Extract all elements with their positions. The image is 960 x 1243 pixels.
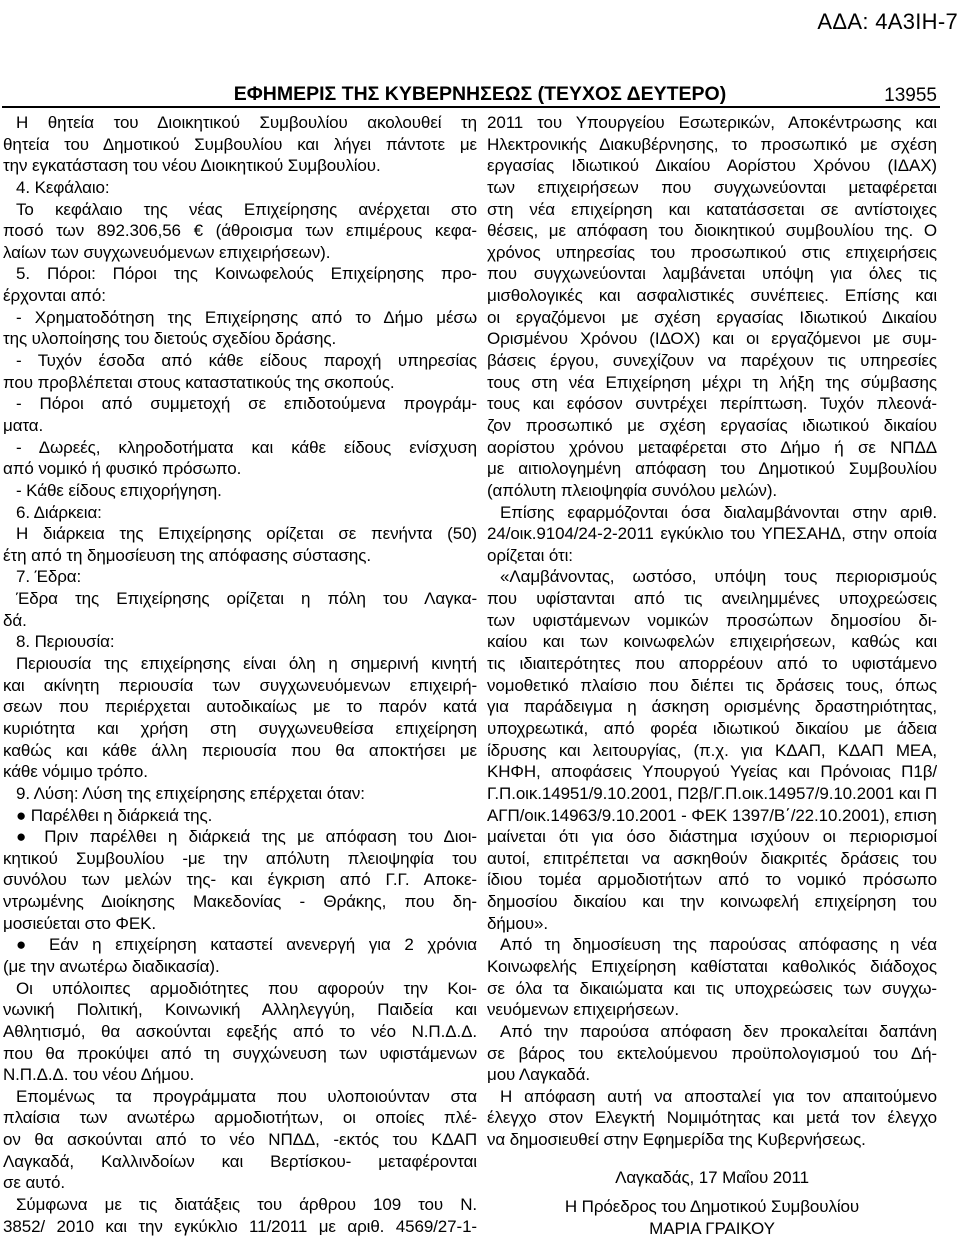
- paragraph: «Λαμβάνοντας, ωστόσο, υπόψη τους περιορι…: [487, 566, 937, 934]
- text-line: τις ιδιαιτερότητες που απορρέουν από το …: [487, 653, 937, 675]
- paragraph: Από την παρούσα απόφαση δεν προκαλείται …: [487, 1021, 937, 1086]
- paragraph: Επομένως τα προγράμματα που υλοποιούνταν…: [3, 1086, 477, 1194]
- text-line: που συγχωνεύονται λαμβάνεται υπόψη για ό…: [487, 263, 937, 285]
- paragraph: ● Παρέλθει η διάρκειά της.: [3, 805, 477, 827]
- text-line: Το κεφάλαιο της νέας Επιχείρησης ανέρχετ…: [3, 199, 477, 221]
- paragraph: Το κεφάλαιο της νέας Επιχείρησης ανέρχετ…: [3, 199, 477, 264]
- paragraph: Οι υπόλοιπες αρμοδιότητες που αφορούν τη…: [3, 978, 477, 1086]
- header-rule-divider: [2, 106, 940, 108]
- text-line: μοσιεύεται στο ΦΕΚ.: [3, 913, 477, 935]
- text-line: των επιχειρήσεων που συγχωνεύονται μεταφ…: [487, 177, 937, 199]
- text-line: ματα.: [3, 415, 477, 437]
- text-line: σε όλα τα δικαιώματα και τις υποχρεώσεις…: [487, 978, 937, 1000]
- text-line: δά.: [3, 610, 477, 632]
- text-line: Κοινωφελής Επιχείρηση καθίσταται καθολικ…: [487, 956, 937, 978]
- text-line: - Χρηματοδότηση της Επιχείρησης από το Δ…: [3, 307, 477, 329]
- text-line: ίδιου τομέα αρμοδιοτήτων από το νομικό π…: [487, 869, 937, 891]
- paragraph: - Τυχόν έσοδα από κάθε είδους παροχή υπη…: [3, 350, 477, 393]
- text-line: που υφίστανται από τις ανειλημμένες υποχ…: [487, 588, 937, 610]
- text-line: (απόλυτη πλειοψηφία συνόλου μελών).: [487, 480, 937, 502]
- text-line: αορίστου χρόνου μεταφέρεται στο Δήμο ή σ…: [487, 437, 937, 459]
- text-line: μαίνεται ότι για όσο διάστημα ισχύουν οι…: [487, 826, 937, 848]
- text-line: και ακίνητη περιουσία των συγχωνευόμενων…: [3, 675, 477, 697]
- right-column: 2011 του Υπουργείου Εσωτερικών, Αποκέντρ…: [487, 112, 937, 1240]
- text-line: με αιτιολογημένη απόφαση του Δημοτικού Σ…: [487, 458, 937, 480]
- paragraph: 2011 του Υπουργείου Εσωτερικών, Αποκέντρ…: [487, 112, 937, 502]
- left-column: Η θητεία του Διοικητικού Συμβουλίου ακολ…: [3, 112, 477, 1237]
- text-line: χρόνος υπηρεσίας του προσωπικού στις επι…: [487, 242, 937, 264]
- text-line: συνόλου των μελών της- και έγκριση από Γ…: [3, 869, 477, 891]
- text-line: - Πόροι από συμμετοχή σε επιδοτούμενα πρ…: [3, 393, 477, 415]
- ada-number: ΑΔΑ: 4Α3ΙΗ-7: [817, 9, 958, 35]
- text-line: ντρωμένης Διοίκησης Μακεδονίας - Θράκης,…: [3, 891, 477, 913]
- text-line: της υλοποίησης του διετούς σχεδίου δράση…: [3, 328, 477, 350]
- text-line: Γ.Π.οικ.14951/9.10.2001, Π2β/Γ.Π.οικ.149…: [487, 783, 937, 805]
- text-line: την εγκατάσταση του νέου Διοικητικού Συμ…: [3, 155, 477, 177]
- text-line: Από την παρούσα απόφαση δεν προκαλείται …: [487, 1021, 937, 1043]
- paragraph: ● Πριν παρέλθει η διάρκειά της με απόφασ…: [3, 826, 477, 934]
- text-line: ον θα ασκούνται από το νέο ΝΠΔΔ, -εκτός …: [3, 1129, 477, 1151]
- paragraph: 4. Κεφάλαιο:: [3, 177, 477, 199]
- text-line: ΜΑΡΙΑ ΓΡΑΙΚΟΥ: [487, 1218, 937, 1240]
- paragraph: Επίσης εφαρμόζονται όσα διαλαμβάνονται σ…: [487, 502, 937, 567]
- gazette-page: { "page": { "ada_label": "ΑΔΑ: 4Α3ΙΗ-7",…: [0, 0, 960, 1243]
- paragraph: Η θητεία του Διοικητικού Συμβουλίου ακολ…: [3, 112, 477, 177]
- text-line: Επίσης εφαρμόζονται όσα διαλαμβάνονται σ…: [487, 502, 937, 524]
- text-line: 9. Λύση: Λύση της επιχείρησης επέρχεται …: [3, 783, 477, 805]
- text-line: ζον προσωπικό με σχέση εργασίας ιδιωτικο…: [487, 415, 937, 437]
- text-line: - Δωρεές, κληροδοτήματα και κάθε είδους …: [3, 437, 477, 459]
- text-line: αυτοί, επιτρέπεται να ασκηθούν διακριτές…: [487, 848, 937, 870]
- text-line: στη νέα επιχείρηση και κατατάσσεται σε α…: [487, 199, 937, 221]
- text-line: νωνική Πολιτική, Κοινωνική Αλληλεγγύη, Π…: [3, 999, 477, 1021]
- text-line: δήμου».: [487, 913, 937, 935]
- text-line: για παράδειγμα η άσκηση ορισμένης δραστη…: [487, 696, 937, 718]
- paragraph: - Κάθε είδους επιχορήγηση.: [3, 480, 477, 502]
- paragraph: - Χρηματοδότηση της Επιχείρησης από το Δ…: [3, 307, 477, 350]
- text-line: Επομένως τα προγράμματα που υλοποιούνταν…: [3, 1086, 477, 1108]
- paragraph: 5. Πόροι: Πόροι της Κοινωφελούς Επιχείρη…: [3, 263, 477, 306]
- text-line: (με την ανωτέρω διαδικασία).: [3, 956, 477, 978]
- text-line: 24/οικ.9104/24-2-2011 εγκύκλιο του ΥΠΕΣΑ…: [487, 523, 937, 545]
- text-line: 5. Πόροι: Πόροι της Κοινωφελούς Επιχείρη…: [3, 263, 477, 285]
- text-line: τους στη νέα Επιχείρηση μέχρι τη λήξη τη…: [487, 372, 937, 394]
- paragraph: Η απόφαση αυτή να αποσταλεί για τον απαι…: [487, 1086, 937, 1151]
- text-line: κάθε νόμιμο τρόπο.: [3, 761, 477, 783]
- text-line: 2011 του Υπουργείου Εσωτερικών, Αποκέντρ…: [487, 112, 937, 134]
- gazette-title: ΕΦΗΜΕΡΙΣ ΤΗΣ ΚΥΒΕΡΝΗΣΕΩΣ (ΤΕΥΧΟΣ ΔΕΥΤΕΡΟ…: [0, 83, 960, 106]
- text-line: νευόμενων επιχειρήσεων.: [487, 999, 937, 1021]
- text-line: 8. Περιουσία:: [3, 631, 477, 653]
- paragraph: Η διάρκεια της Επιχείρησης ορίζεται σε π…: [3, 523, 477, 566]
- page-number: 13955: [884, 85, 937, 107]
- text-line: Η διάρκεια της Επιχείρησης ορίζεται σε π…: [3, 523, 477, 545]
- text-line: Η θητεία του Διοικητικού Συμβουλίου ακολ…: [3, 112, 477, 134]
- text-line: να δημοσιευθεί στην Εφημερίδα της Κυβερν…: [487, 1129, 937, 1151]
- paragraph: - Πόροι από συμμετοχή σε επιδοτούμενα πρ…: [3, 393, 477, 436]
- text-line: οι εργαζόμενοι με σχέση εργασίας Ιδιωτικ…: [487, 307, 937, 329]
- text-line: Ηλεκτρονικής Διακυβέρνησης, το προσωπικό…: [487, 134, 937, 156]
- text-line: Ορισμένου Χρόνου (ΙΔΟΧ) και οι εργαζόμεν…: [487, 328, 937, 350]
- text-line: «Λαμβάνοντας, ωστόσο, υπόψη τους περιορι…: [487, 566, 937, 588]
- text-line: που προβλέπεται στους καταστατικούς της …: [3, 372, 477, 394]
- text-line: από νομικό ή φυσικό πρόσωπο.: [3, 458, 477, 480]
- text-line: Περιουσία της επιχείρησης είναι όλη η ση…: [3, 653, 477, 675]
- text-line: σεων που περιέρχεται αυτοδικαίως με το π…: [3, 696, 477, 718]
- text-line: θητεία του Δημοτικού Συμβουλίου και λήγε…: [3, 134, 477, 156]
- paragraph: Έδρα της Επιχείρησης ορίζεται η πόλη του…: [3, 588, 477, 631]
- paragraph: - Δωρεές, κληροδοτήματα και κάθε είδους …: [3, 437, 477, 480]
- text-line: Έδρα της Επιχείρησης ορίζεται η πόλη του…: [3, 588, 477, 610]
- text-line: Αθλητισμό, θα ασκούνται εφεξής από το νέ…: [3, 1021, 477, 1043]
- text-line: 4. Κεφάλαιο:: [3, 177, 477, 199]
- text-line: νομοθετικό πλαίσιο που διέπει τις δράσει…: [487, 675, 937, 697]
- paragraph: 7. Έδρα:: [3, 566, 477, 588]
- text-line: - Τυχόν έσοδα από κάθε είδους παροχή υπη…: [3, 350, 477, 372]
- text-line: βάσεις έργου, συνεχίζουν να παρέχουν τις…: [487, 350, 937, 372]
- text-line: υποχρεωτικά, από φορέα ιδιωτικού δικαίου…: [487, 718, 937, 740]
- text-line: 3852/ 2010 και την εγκύκλιο 11/2011 με α…: [3, 1216, 477, 1238]
- text-line: ίδρυσης και λειτουργίας, (π.χ. για ΚΔΑΠ,…: [487, 740, 937, 762]
- paragraph: Περιουσία της επιχείρησης είναι όλη η ση…: [3, 653, 477, 783]
- text-line: που θα προκύψει από τη συγχώνευση των υφ…: [3, 1043, 477, 1065]
- text-line: 7. Έδρα:: [3, 566, 477, 588]
- text-line: Λαγκαδά, Καλλινδοίων και Βερτίσκου- μετα…: [3, 1151, 477, 1173]
- text-line: Από τη δημοσίευση της παρούσας απόφασης …: [487, 934, 937, 956]
- text-line: ● Παρέλθει η διάρκειά της.: [3, 805, 477, 827]
- text-line: ● Εάν η επιχείρηση καταστεί ανενεργή για…: [3, 934, 477, 956]
- text-line: Λαγκαδάς, 17 Μαΐου 2011: [487, 1167, 937, 1189]
- text-line: εργασίας Ιδιωτικού Δικαίου Αορίστου Χρόν…: [487, 155, 937, 177]
- text-line: έρχονται από:: [3, 285, 477, 307]
- text-line: - Κάθε είδους επιχορήγηση.: [3, 480, 477, 502]
- text-line: ορίζεται ότι:: [487, 545, 937, 567]
- text-line: Ν.Π.Δ.Δ. του νέου Δήμου.: [3, 1064, 477, 1086]
- paragraph: Η Πρόεδρος του Δημοτικού ΣυμβουλίουΜΑΡΙΑ…: [487, 1196, 937, 1239]
- text-line: έτη από τη δημοσίευση της απόφασης σύστα…: [3, 545, 477, 567]
- paragraph: 8. Περιουσία:: [3, 631, 477, 653]
- text-line: δημοσίου δικαίου και την κοινωφελή επιχε…: [487, 891, 937, 913]
- text-line: των υφιστάμενων νομικών προσώπων δημοσίο…: [487, 610, 937, 632]
- text-line: Οι υπόλοιπες αρμοδιότητες που αφορούν τη…: [3, 978, 477, 1000]
- paragraph: Σύμφωνα με τις διατάξεις του άρθρου 109 …: [3, 1194, 477, 1237]
- text-line: τους και εφόσον συντρέχει περίπτωση. Τυχ…: [487, 393, 937, 415]
- paragraph: 9. Λύση: Λύση της επιχείρησης επέρχεται …: [3, 783, 477, 805]
- text-line: καίου και των κοινωφελών επιχειρήσεων, κ…: [487, 631, 937, 653]
- text-line: μου Λαγκαδά.: [487, 1064, 937, 1086]
- text-line: κυριότητα και χρήση στη συγχωνευθείσα επ…: [3, 718, 477, 740]
- text-line: ΑΓΠ/οικ.14963/9.10.2001 - ΦΕΚ 1397/Β΄/22…: [487, 805, 937, 827]
- text-line: Σύμφωνα με τις διατάξεις του άρθρου 109 …: [3, 1194, 477, 1216]
- text-line: Η απόφαση αυτή να αποσταλεί για τον απαι…: [487, 1086, 937, 1108]
- text-line: ποσό των 892.306,56 € (άθροισμα των επιμ…: [3, 220, 477, 242]
- text-line: ΚΗΦΗ, αποφάσεις Υπουργού Υγείας και Πρόν…: [487, 761, 937, 783]
- text-line: Η Πρόεδρος του Δημοτικού Συμβουλίου: [487, 1196, 937, 1218]
- text-line: έλεγχο στον Ελεγκτή Νομιμότητας και μετά…: [487, 1107, 937, 1129]
- paragraph: ● Εάν η επιχείρηση καταστεί ανενεργή για…: [3, 934, 477, 977]
- text-line: καθώς και κάθε άλλη περιουσία που θα απο…: [3, 740, 477, 762]
- paragraph: Λαγκαδάς, 17 Μαΐου 2011: [487, 1167, 937, 1189]
- text-line: ● Πριν παρέλθει η διάρκειά της με απόφασ…: [3, 826, 477, 848]
- paragraph: Από τη δημοσίευση της παρούσας απόφασης …: [487, 934, 937, 1021]
- text-line: σε βάρος του εκτελούμενου προϋπολογισμού…: [487, 1043, 937, 1065]
- text-line: λαίων των συγχωνευόμενων επιχειρήσεων).: [3, 242, 477, 264]
- paragraph: 6. Διάρκεια:: [3, 502, 477, 524]
- text-line: σε αυτό.: [3, 1172, 477, 1194]
- text-line: θέσεις, με απόφαση του διοικητικού συμβο…: [487, 220, 937, 242]
- text-line: μισθολογικές και ασφαλιστικές συνέπειες.…: [487, 285, 937, 307]
- text-line: 6. Διάρκεια:: [3, 502, 477, 524]
- text-line: κητικού Συμβουλίου -με την απόλυτη πλειο…: [3, 848, 477, 870]
- text-line: πλαίσια των ανωτέρω αρμοδιοτήτων, οι οπο…: [3, 1107, 477, 1129]
